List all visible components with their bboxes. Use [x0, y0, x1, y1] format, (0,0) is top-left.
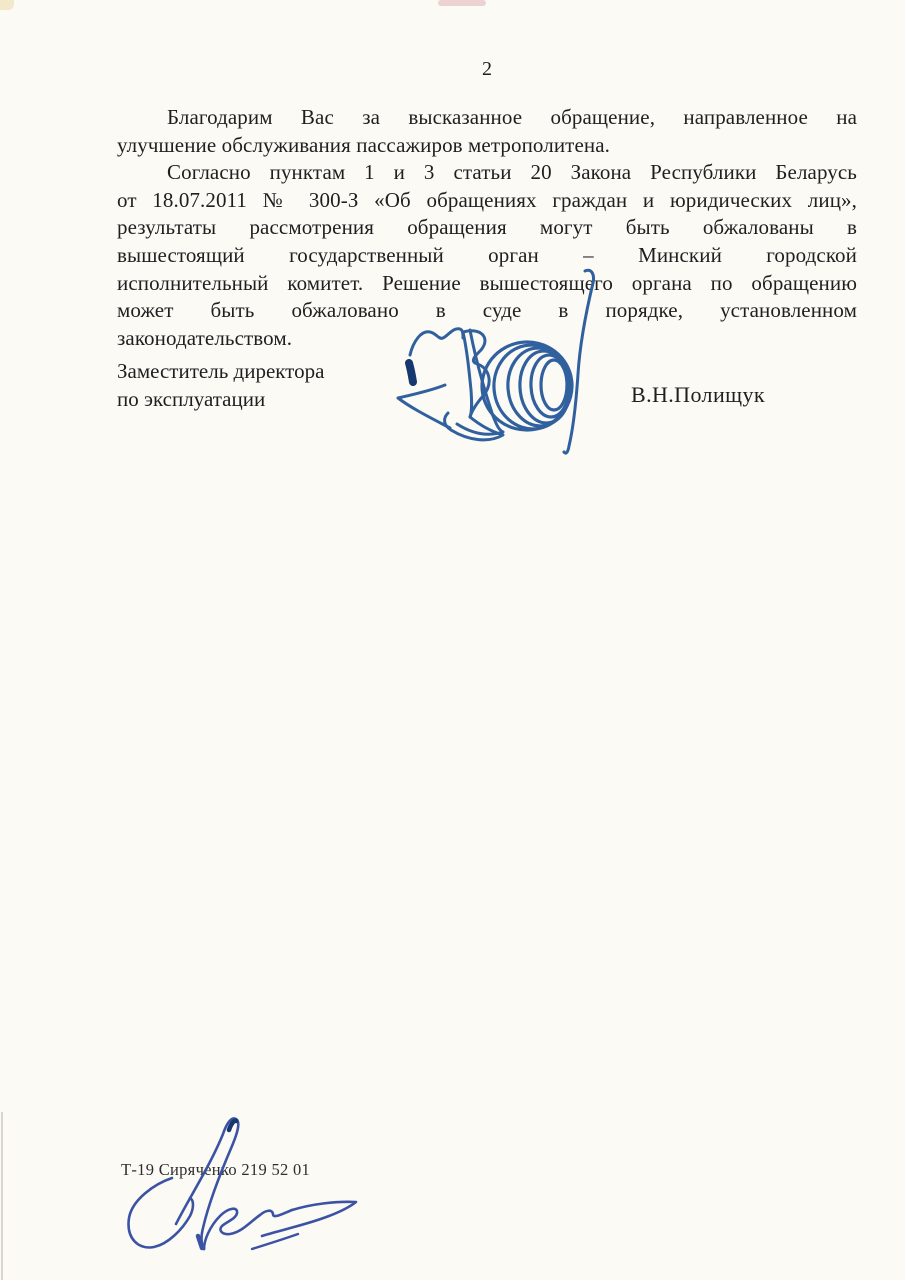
body-line: Согласно пунктам 1 и 3 статьи 20 Закона …	[117, 159, 857, 187]
signer-name: В.Н.Полищук	[631, 382, 765, 408]
signer-title-line1: Заместитель директора	[117, 358, 324, 386]
director-signature-icon	[393, 266, 605, 482]
signer-title: Заместитель директора по эксплуатации	[117, 358, 324, 413]
signer-title-line2: по эксплуатации	[117, 386, 324, 414]
page-number: 2	[117, 56, 857, 82]
body-line: результаты рассмотрения обращения могут …	[117, 214, 857, 242]
scan-artifact-smudge	[438, 0, 486, 6]
body-line: улучшение обслуживания пассажиров метроп…	[117, 132, 857, 160]
body-line: от 18.07.2011 № 300-З «Об обращениях гра…	[117, 187, 857, 215]
body-line: Благодарим Вас за высказанное обращение,…	[117, 104, 857, 132]
document-page: 2 Благодарим Вас за высказанное обращени…	[0, 0, 905, 1280]
executor-signature-icon	[110, 1108, 370, 1260]
scan-edge-line	[1, 1112, 3, 1280]
scan-artifact-corner	[0, 0, 14, 10]
